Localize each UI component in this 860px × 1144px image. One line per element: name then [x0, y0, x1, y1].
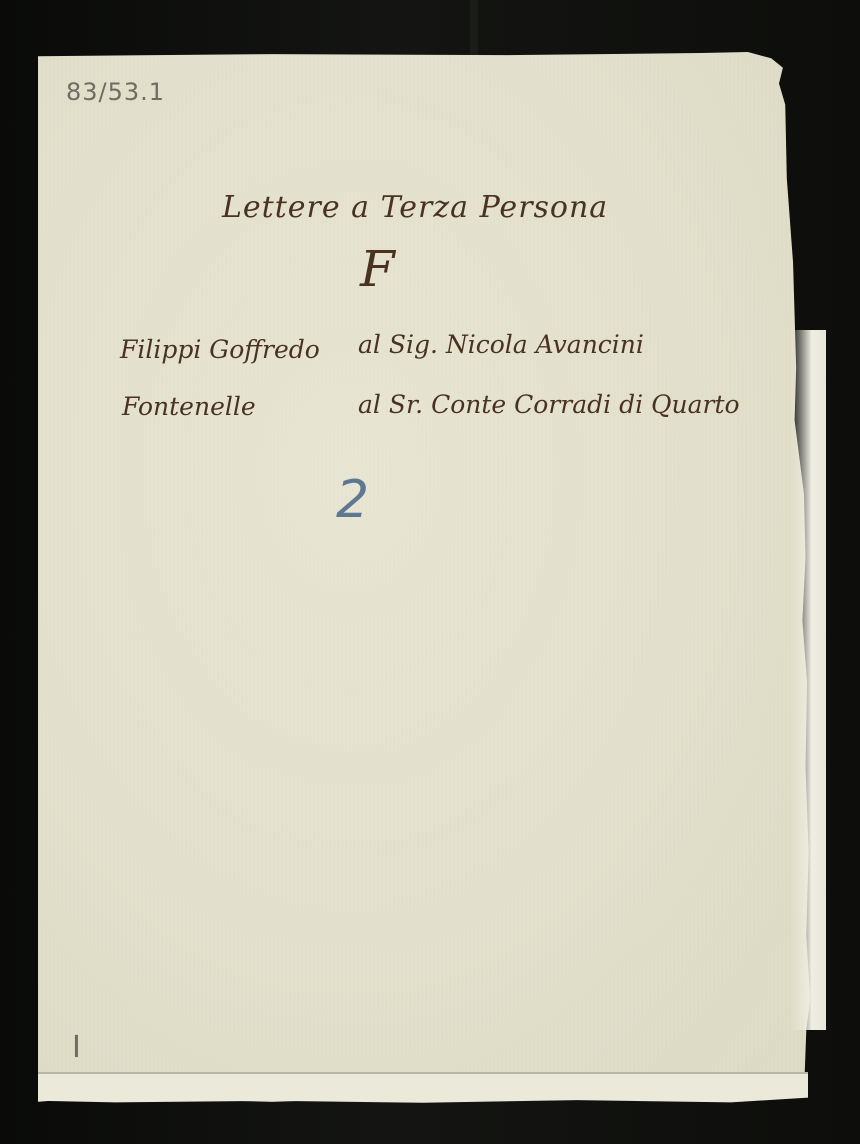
- shelfmark: 83/53.1: [66, 78, 165, 106]
- background-strip: [470, 0, 478, 60]
- entry-author: Filippi Goffredo: [120, 335, 320, 364]
- entry-recipient: al Sig. Nicola Avancini: [358, 330, 644, 359]
- section-letter: F: [360, 240, 395, 298]
- entry-recipient: al Sr. Conte Corradi di Quarto: [358, 390, 740, 419]
- folio-number: I: [72, 1030, 81, 1065]
- deckle-edge-bottom: [38, 1072, 808, 1104]
- deckle-edge-right: [790, 330, 826, 1030]
- document-heading: Lettere a Terza Persona: [222, 190, 608, 225]
- entry-author: Fontenelle: [122, 392, 256, 421]
- blue-pencil-number: 2: [336, 470, 369, 530]
